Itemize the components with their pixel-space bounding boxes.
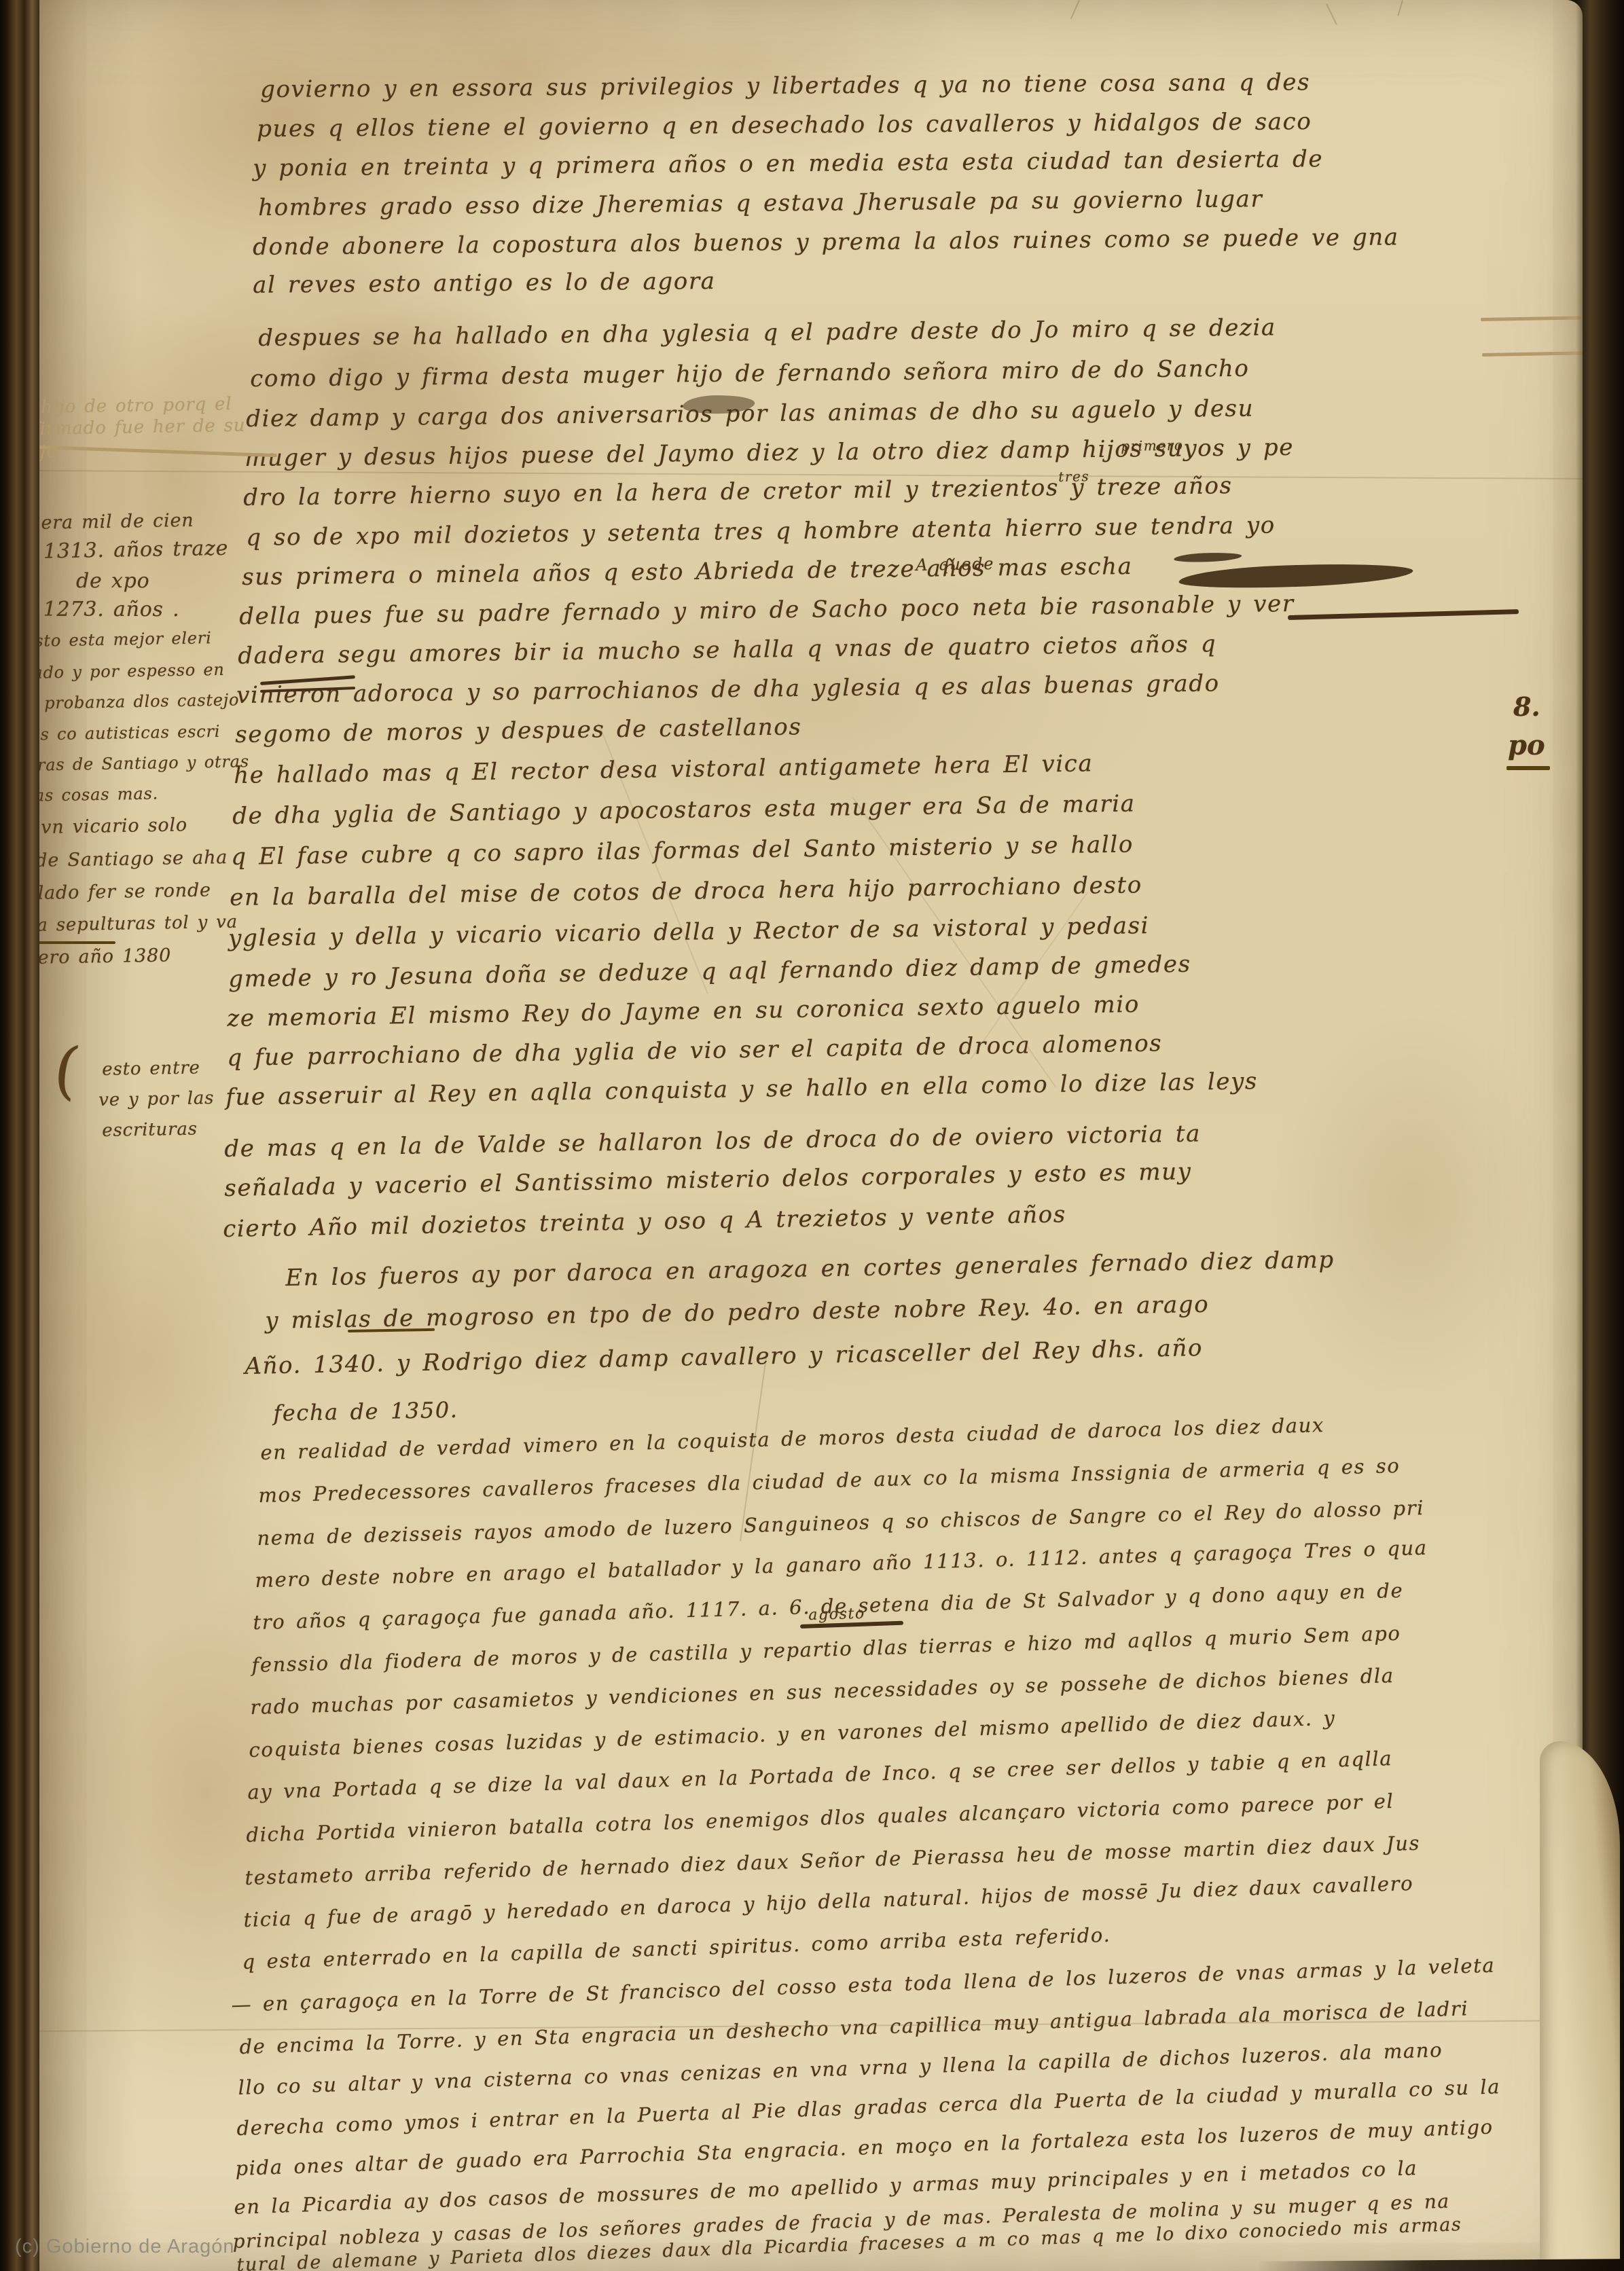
underline-stroke	[1481, 316, 1581, 321]
underline-stroke	[35, 941, 115, 944]
underline-stroke	[1506, 766, 1550, 770]
manuscript-line: q El fase cubre q co sapro ilas formas d…	[231, 831, 1134, 871]
scan-bottom-edge	[1257, 2259, 1624, 2271]
manuscript-line: señalada y vacerio el Santissimo misteri…	[224, 1158, 1192, 1202]
manuscript-line: y mislas de mogroso en tpo de do pedro d…	[265, 1291, 1210, 1334]
manuscript-line: dadera segu amores bir ia mucho se halla…	[238, 630, 1216, 670]
margin-note: vn vicario solo	[41, 814, 187, 838]
manuscript-line: gmede y ro Jesuna doña se deduze q aql f…	[228, 951, 1191, 993]
ink-blot	[1174, 552, 1242, 563]
manuscript-line: mos Predecessores cavalleros fraceses dl…	[258, 1454, 1401, 1507]
manuscript-line: de dha yglia de Santiago y apocostaros e…	[232, 790, 1136, 830]
pen-hairline	[1326, 3, 1337, 24]
manuscript-line: fue asseruir al Rey en aqlla conquista y…	[225, 1068, 1258, 1111]
manuscript-line: he hallado mas q El rector desa vistoral…	[234, 750, 1094, 789]
manuscript-line: sus primera o minela años q esto Abrieda…	[242, 553, 1133, 591]
manuscript-line: govierno y en essora sus privilegios y l…	[260, 69, 1310, 103]
margin-note: hijo de otro porq el	[41, 394, 232, 418]
margin-note: nes co autisticas escri	[19, 722, 221, 744]
margin-note: sa sepulturas tol y va	[27, 912, 238, 936]
manuscript-line: al reves esto antigo es lo de agora	[253, 268, 716, 299]
pen-hairline	[1070, 0, 1080, 19]
manuscript-line: de mas q en la de Valde se hallaron los …	[224, 1120, 1201, 1163]
manuscript-line: q so de xpo mil dozietos y setenta tres …	[246, 511, 1276, 551]
manuscript-line: q esta enterrado en la capilla de sancti…	[242, 1923, 1111, 1974]
margin-note: esto esta mejor eleri	[24, 628, 212, 651]
margin-mark: po	[1508, 729, 1545, 761]
manuscript-line: della pues fue su padre fernado y miro d…	[239, 590, 1295, 630]
manuscript-line: despues se ha hallado en dha yglesia q e…	[258, 314, 1276, 352]
manuscript-line: hombres grado esso dize Jheremias q esta…	[258, 185, 1263, 221]
manuscript-line: fecha de 1350.	[273, 1397, 458, 1426]
manuscript-line: pues q ellos tiene el govierno q en dese…	[257, 108, 1312, 143]
underline-stroke	[1482, 351, 1583, 357]
manuscript-line: segomo de moros y despues de castellanos	[235, 713, 802, 748]
underline-stroke	[39, 446, 277, 457]
manuscript-line: en la baralla del mise de cotos de droca…	[230, 871, 1142, 911]
margin-note: de xpo	[76, 569, 149, 593]
margin-note: esto entre	[102, 1057, 200, 1080]
margin-mark: 8.	[1513, 691, 1540, 722]
copyright-watermark: (c) Gobierno de Aragón	[15, 2236, 234, 2258]
manuscript-line: y ponia en treinta y q primera años o en…	[253, 145, 1323, 182]
interlinear-word: primero	[1121, 437, 1184, 454]
text-layer: govierno y en essora sus privilegios y l…	[0, 0, 1624, 2271]
manuscript-line: Año. 1340. y Rodrigo diez damp cavallero…	[245, 1334, 1203, 1380]
interlinear-word: A quede	[916, 554, 994, 575]
pen-hairline	[1397, 0, 1403, 16]
margin-note: hera mil de cien	[29, 510, 194, 534]
margin-note: . 1273. años .	[27, 598, 179, 621]
manuscript-line: vinieron adoroca y so parrochianos de dh…	[236, 670, 1220, 709]
margin-note: dado y por espesso en	[22, 660, 225, 683]
margin-note: la probanza dlos castejo	[20, 690, 240, 713]
margin-note: escrituras	[102, 1119, 198, 1141]
book-binding-edge	[0, 0, 39, 2271]
page-curl-edge	[1540, 1741, 1620, 2271]
manuscript-scan: govierno y en essora sus privilegios y l…	[0, 0, 1624, 2271]
margin-note: ve y por las	[98, 1088, 215, 1110]
manuscript-line: q fue parrochiano de dha yglia de vio se…	[227, 1030, 1163, 1072]
margin-note: turas de Santiago y otras	[19, 752, 249, 775]
manuscript-line: cierto Año mil dozietos treinta y oso q …	[223, 1201, 1066, 1243]
margin-note: . 1313. años traze	[27, 537, 229, 564]
manuscript-line: donde abonere la copostura alos buenos y…	[253, 223, 1399, 261]
interlinear-word: agosto	[808, 1605, 865, 1624]
strikethrough-line	[1288, 609, 1519, 620]
manuscript-line: como digo y firma desta muger hijo de fe…	[250, 355, 1250, 393]
margin-note: firmado fue her de su	[33, 416, 246, 439]
margin-note: (	[50, 1032, 84, 1108]
margin-note: lero año 1380	[31, 945, 171, 968]
ink-blot	[1178, 561, 1413, 591]
margin-note: de Santiago se aha	[35, 847, 228, 871]
margin-note: llado fer se ronde	[31, 879, 211, 904]
manuscript-line: En los fueros ay por daroca en aragoza e…	[285, 1246, 1335, 1292]
